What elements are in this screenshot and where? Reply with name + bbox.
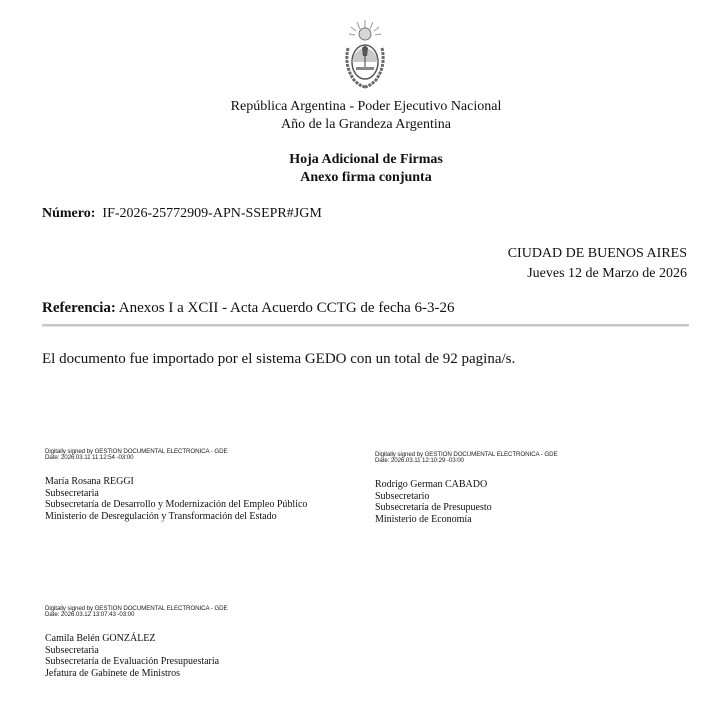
signer-ministry: Ministerio de Desregulación y Transforma…: [45, 511, 307, 523]
signer-details: Camila Belén GONZÁLEZ Subsecretaria Subs…: [45, 633, 227, 680]
signer-details: Rodrigo German CABADO Subsecretario Subs…: [375, 479, 557, 526]
signer-name: María Rosana REGGI: [45, 476, 307, 488]
signature-block: Digitally signed by GESTION DOCUMENTAL E…: [45, 606, 227, 680]
header-republica: República Argentina - Poder Ejecutivo Na…: [0, 98, 724, 116]
signer-name: Camila Belén GONZÁLEZ: [45, 633, 227, 645]
signer-ministry: Ministerio de Economía: [375, 514, 557, 526]
numero-field: Número: IF-2026-25772909-APN-SSEPR#JGM: [42, 206, 322, 222]
document-title: Hoja Adicional de Firmas: [0, 151, 724, 169]
signer-name: Rodrigo German CABADO: [375, 479, 557, 491]
numero-label: Número:: [42, 206, 95, 221]
signature-digital-stamp: Digitally signed by GESTION DOCUMENTAL E…: [375, 452, 557, 465]
header-anio: Año de la Grandeza Argentina: [0, 116, 724, 134]
signature-digital-stamp: Digitally signed by GESTION DOCUMENTAL E…: [45, 449, 307, 462]
escudo-argentina-icon: [340, 18, 390, 92]
signed-date: Date: 2026.03.11 12:10:29 -03:00: [375, 458, 557, 464]
body-text: El documento fue importado por el sistem…: [42, 351, 515, 368]
signer-role: Subsecretario: [375, 491, 557, 503]
city: CIUDAD DE BUENOS AIRES: [508, 244, 687, 264]
signed-date: Date: 2026.03.12 13:07:43 -03:00: [45, 612, 227, 618]
signature-digital-stamp: Digitally signed by GESTION DOCUMENTAL E…: [45, 606, 227, 619]
signer-role: Subsecretaria: [45, 488, 307, 500]
signer-office: Subsecretaría de Evaluación Presupuestar…: [45, 656, 227, 668]
signer-ministry: Jefatura de Gabinete de Ministros: [45, 668, 227, 680]
signed-date: Date: 2026.03.11 11:12:54 -03:00: [45, 455, 307, 461]
signer-office: Subsecretaría de Desarrollo y Modernizac…: [45, 499, 307, 511]
numero-value: IF-2026-25772909-APN-SSEPR#JGM: [102, 206, 321, 221]
date: Jueves 12 de Marzo de 2026: [527, 264, 687, 284]
signer-details: María Rosana REGGI Subsecretaria Subsecr…: [45, 476, 307, 523]
signature-block: Digitally signed by GESTION DOCUMENTAL E…: [45, 449, 307, 523]
referencia-value: Anexos I a XCII - Acta Acuerdo CCTG de f…: [119, 300, 455, 316]
document-subtitle: Anexo firma conjunta: [0, 169, 724, 187]
signature-block: Digitally signed by GESTION DOCUMENTAL E…: [375, 452, 557, 526]
divider: [42, 324, 689, 327]
signer-office: Subsecretaría de Presupuesto: [375, 502, 557, 514]
signer-role: Subsecretaria: [45, 645, 227, 657]
referencia-label: Referencia:: [42, 300, 116, 316]
referencia-field: Referencia: Anexos I a XCII - Acta Acuer…: [42, 300, 455, 317]
